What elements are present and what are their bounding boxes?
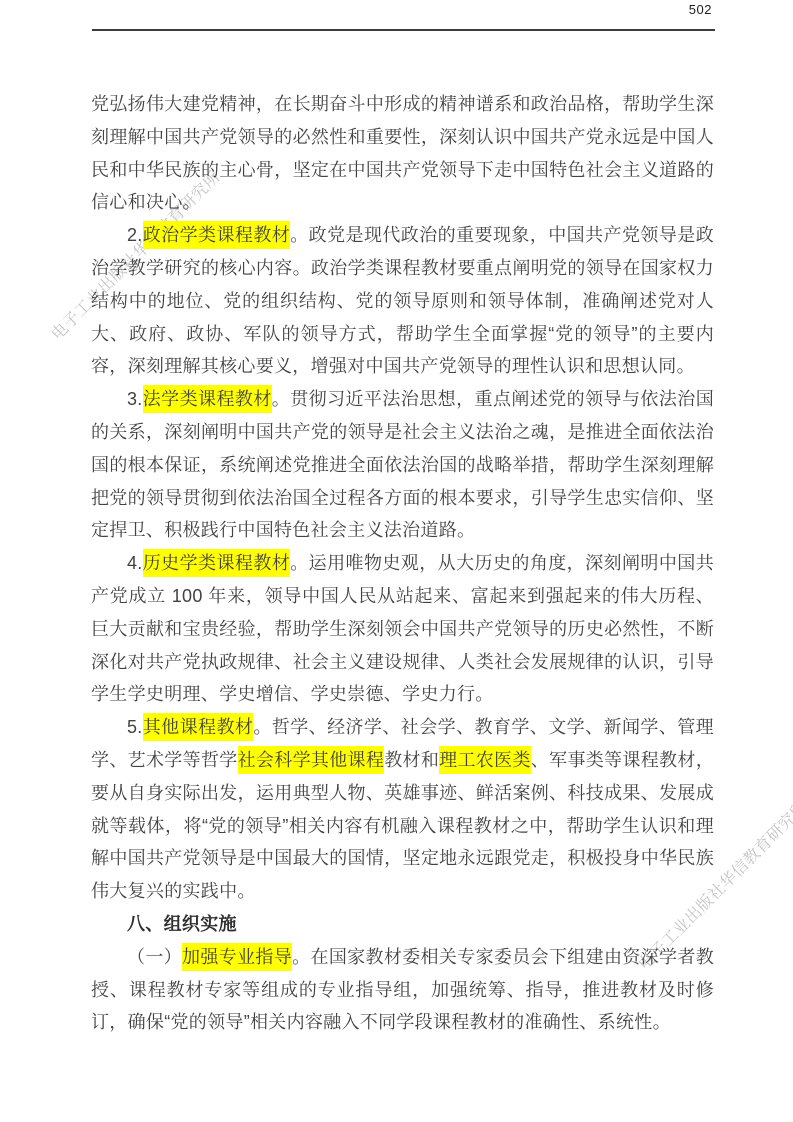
paragraph: 5.其他课程教材。哲学、经济学、社会学、教育学、文学、新闻学、管理学、艺术学等哲… [91,711,714,908]
highlighted-text: 理工农医类 [439,746,531,774]
highlighted-text: 法学类课程教材 [143,385,272,413]
highlighted-text: 历史学类课程教材 [143,549,291,577]
page-number: 502 [0,2,712,17]
document-page: 502 电子工业出版社华信教育研究所 电子工业出版社华信教育研究所 党弘扬伟大建… [0,0,793,1122]
document-body: 党弘扬伟大建党精神，在长期奋斗中形成的精神谱系和政治品格，帮助学生深刻理解中国共… [91,88,714,1039]
text-segment: 3. [127,389,143,409]
section-heading: 八、组织实施 [91,908,714,941]
text-segment: （一） [127,947,182,967]
paragraph: 3.法学类课程教材。贯彻习近平法治思想，重点阐述党的领导与依法治国的关系，深刻阐… [91,383,714,547]
paragraph: （一）加强专业指导。在国家教材委相关专家委员会下组建由资深学者教授、课程教材专家… [91,941,714,1039]
text-segment: 5. [127,717,143,737]
highlighted-text: 其他课程教材 [143,713,254,741]
paragraph: 2.政治学类课程教材。政党是现代政治的重要现象，中国共产党领导是政治学教学研究的… [91,219,714,383]
text-segment: 2. [127,225,143,245]
paragraph: 4.历史学类课程教材。运用唯物史观，从大历史的角度，深刻阐明中国共产党成立 10… [91,547,714,711]
text-segment: 八、组织实施 [127,914,237,934]
text-segment: 、军事类等课程教材，要从自身实际出发，运用典型人物、英雄事迹、鲜活案例、科技成果… [91,750,714,901]
text-segment: 4. [127,553,143,573]
text-segment: 教材和 [384,750,439,770]
highlighted-text: 加强专业指导 [182,943,292,971]
highlighted-text: 社会科学其他课程 [238,746,385,774]
header-rule [92,29,715,31]
text-segment: 党弘扬伟大建党精神，在长期奋斗中形成的精神谱系和政治品格，帮助学生深刻理解中国共… [91,94,714,212]
paragraph: 党弘扬伟大建党精神，在长期奋斗中形成的精神谱系和政治品格，帮助学生深刻理解中国共… [91,88,714,219]
highlighted-text: 政治学类课程教材 [143,221,291,249]
